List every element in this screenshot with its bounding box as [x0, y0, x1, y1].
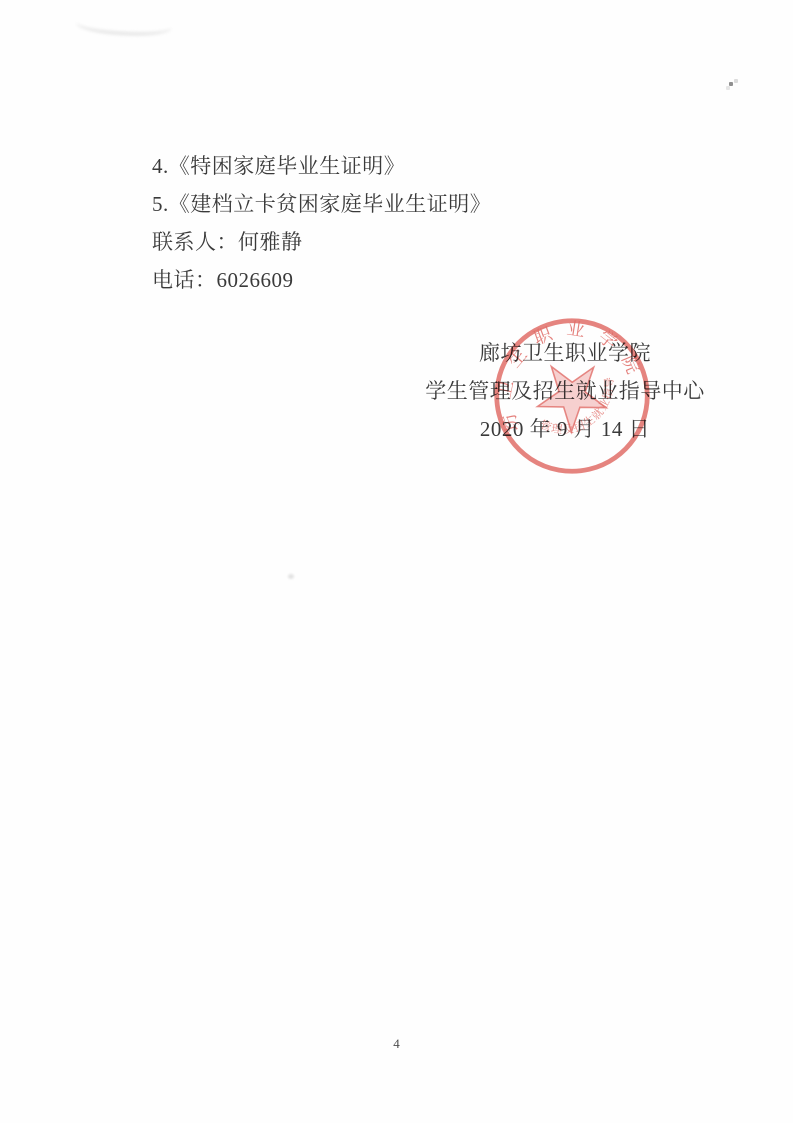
dept-name: 学生管理及招生就业指导中心: [400, 372, 730, 410]
date-line: 2020 年 9 月 14 日: [400, 410, 730, 448]
attachment-item-5: 5.《建档立卡贫困家庭毕业生证明》: [152, 185, 672, 223]
phone-line: 电话：6026609: [152, 261, 672, 299]
contact-person-line: 联系人：何雅静: [152, 223, 672, 261]
scan-dot-artifact: [729, 82, 733, 86]
org-name: 廊坊卫生职业学院: [400, 334, 730, 372]
attachment-list: 4.《特困家庭毕业生证明》 5.《建档立卡贫困家庭毕业生证明》 联系人：何雅静 …: [152, 147, 672, 299]
page-number: 4: [0, 1036, 793, 1052]
attachment-item-4: 4.《特困家庭毕业生证明》: [152, 147, 672, 185]
scan-smudge-artifact: [76, 13, 173, 38]
signature-block: 廊坊卫生职业学院 学生管理及招生就业指导中心 2020 年 9 月 14 日: [400, 334, 730, 448]
scan-dot-artifact: [288, 574, 294, 579]
document-page: 4.《特困家庭毕业生证明》 5.《建档立卡贫困家庭毕业生证明》 联系人：何雅静 …: [0, 0, 793, 1123]
